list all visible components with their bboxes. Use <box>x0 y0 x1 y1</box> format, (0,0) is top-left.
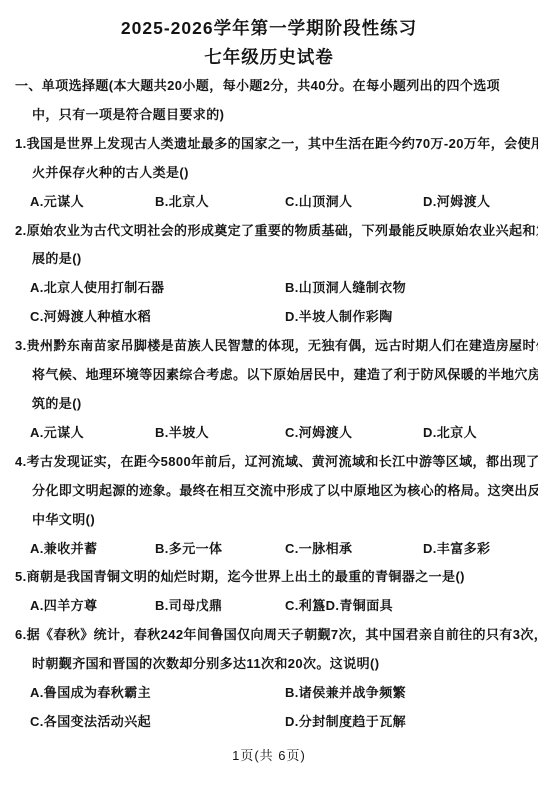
question-2-option-d: D.半坡人制作彩陶 <box>285 303 393 332</box>
question-2-option-b: B.山顶洞人缝制衣物 <box>285 274 406 303</box>
question-6-option-c: C.各国变法活动兴起 <box>30 708 285 737</box>
question-5-option-b: B.司母戊鼎 <box>155 592 285 621</box>
question-6-options-row1: A.鲁国成为春秋霸主 B.诸侯兼并战争频繁 <box>30 679 538 708</box>
question-6-text-line2: 时朝觐齐国和晋国的次数却分别多达11次和20次。这说明() <box>32 650 538 679</box>
question-3-option-d: D.北京人 <box>423 419 477 448</box>
question-6-option-b: B.诸侯兼并战争频繁 <box>285 679 406 708</box>
question-4: 4.考古发现证实，在距今5800年前后，辽河流域、黄河流域和长江中游等区域，都出… <box>0 448 538 564</box>
question-1-option-c: C.山顶洞人 <box>285 188 423 217</box>
question-6-option-d: D.分封制度趋于瓦解 <box>285 708 406 737</box>
exam-paper-page: 2025-2026学年第一学期阶段性练习 七年级历史试卷 一、单项选择题(本大题… <box>0 0 538 785</box>
question-4-option-d: D.丰富多彩 <box>423 535 490 564</box>
question-4-options: A.兼收并蓄 B.多元一体 C.一脉相承 D.丰富多彩 <box>30 535 538 564</box>
page-title: 2025-2026学年第一学期阶段性练习 <box>0 14 538 43</box>
question-4-text-line1: 4.考古发现证实，在距今5800年前后，辽河流域、黄河流域和长江中游等区域，都出… <box>15 448 538 477</box>
question-4-text-line2: 分化即文明起源的迹象。最终在相互交流中形成了以中原地区为核心的格局。这突出反映了 <box>32 477 538 506</box>
question-2-option-c: C.河姆渡人种植水稻 <box>30 303 285 332</box>
question-3-option-a: A.元谋人 <box>30 419 155 448</box>
question-6-option-a: A.鲁国成为春秋霸主 <box>30 679 285 708</box>
question-2-option-a: A.北京人使用打制石器 <box>30 274 285 303</box>
question-1-text-line2: 火并保存火种的古人类是() <box>32 159 538 188</box>
question-5-options: A.四羊方尊 B.司母戊鼎 C.利簋 D.青铜面具 <box>30 592 538 621</box>
section-instructions-line1: 一、单项选择题(本大题共20小题，每小题2分，共40分。在每小题列出的四个选项 <box>15 72 538 101</box>
question-4-option-c: C.一脉相承 <box>285 535 423 564</box>
question-2-options-row2: C.河姆渡人种植水稻 D.半坡人制作彩陶 <box>30 303 538 332</box>
question-2-options-row1: A.北京人使用打制石器 B.山顶洞人缝制衣物 <box>30 274 538 303</box>
question-1-options: A.元谋人 B.北京人 C.山顶洞人 D.河姆渡人 <box>30 188 538 217</box>
question-3-text-line2: 将气候、地理环境等因素综合考虑。以下原始居民中，建造了利于防风保暖的半地穴房屋建 <box>32 361 538 390</box>
question-3-option-c: C.河姆渡人 <box>285 419 423 448</box>
question-6-options-row2: C.各国变法活动兴起 D.分封制度趋于瓦解 <box>30 708 538 737</box>
question-5-text-line1: 5.商朝是我国青铜文明的灿烂时期，迄今世界上出土的最重的青铜器之一是() <box>15 563 538 592</box>
question-1-option-b: B.北京人 <box>155 188 285 217</box>
question-3-options: A.元谋人 B.半坡人 C.河姆渡人 D.北京人 <box>30 419 538 448</box>
question-6-text-line1: 6.据《春秋》统计，春秋242年间鲁国仅向周天子朝觐7次，其中国君亲自前往的只有… <box>15 621 538 650</box>
question-3: 3.贵州黔东南苗家吊脚楼是苗族人民智慧的体现，无独有偶，远古时期人们在建造房屋时… <box>0 332 538 448</box>
question-1-option-a: A.元谋人 <box>30 188 155 217</box>
question-6: 6.据《春秋》统计，春秋242年间鲁国仅向周天子朝觐7次，其中国君亲自前往的只有… <box>0 621 538 737</box>
question-5-option-d: D.青铜面具 <box>326 592 393 621</box>
page-number: 1页(共 6页) <box>0 743 538 769</box>
question-2-text-line1: 2.原始农业为古代文明社会的形成奠定了重要的物质基础，下列最能反映原始农业兴起和… <box>15 217 538 246</box>
question-1-text-line1: 1.我国是世界上发现古人类遗址最多的国家之一，其中生活在距今约70万-20万年，… <box>15 130 538 159</box>
question-5: 5.商朝是我国青铜文明的灿烂时期，迄今世界上出土的最重的青铜器之一是() A.四… <box>0 563 538 621</box>
question-4-option-a: A.兼收并蓄 <box>30 535 155 564</box>
page-subtitle: 七年级历史试卷 <box>0 43 538 72</box>
section-instructions-line2: 中，只有一项是符合题目要求的) <box>32 101 538 130</box>
question-2: 2.原始农业为古代文明社会的形成奠定了重要的物质基础，下列最能反映原始农业兴起和… <box>0 217 538 333</box>
question-5-option-c: C.利簋 <box>285 592 326 621</box>
question-3-text-line1: 3.贵州黔东南苗家吊脚楼是苗族人民智慧的体现，无独有偶，远古时期人们在建造房屋时… <box>15 332 538 361</box>
question-1: 1.我国是世界上发现古人类遗址最多的国家之一，其中生活在距今约70万-20万年，… <box>0 130 538 217</box>
question-2-text-line2: 展的是() <box>32 245 538 274</box>
question-4-option-b: B.多元一体 <box>155 535 285 564</box>
question-5-option-a: A.四羊方尊 <box>30 592 155 621</box>
question-4-text-line3: 中华文明() <box>32 506 538 535</box>
question-3-option-b: B.半坡人 <box>155 419 285 448</box>
question-3-text-line3: 筑的是() <box>32 390 538 419</box>
question-1-option-d: D.河姆渡人 <box>423 188 490 217</box>
